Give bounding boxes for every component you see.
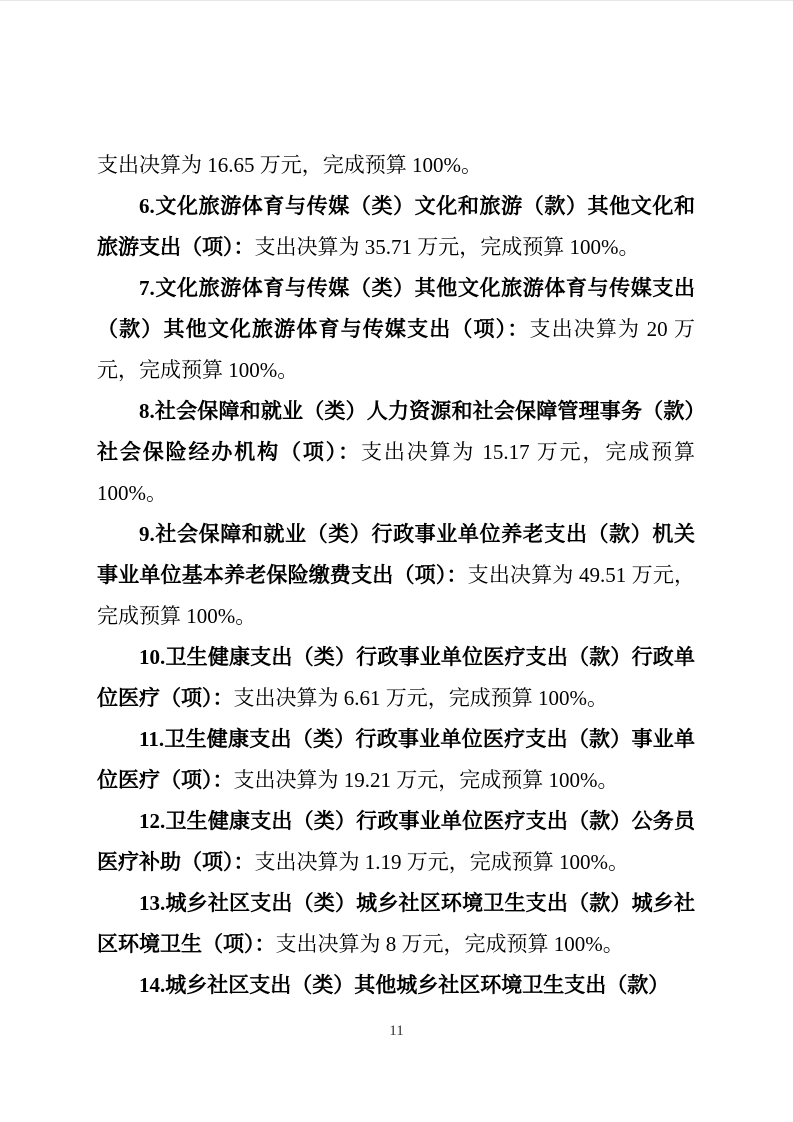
item-category-heading: 14.城乡社区支出（类）其他城乡社区环境卫生支出（款）	[139, 973, 669, 997]
expense-item-7: 7.文化旅游体育与传媒（类）其他文化旅游体育与传媒支出（款）其他文化旅游体育与传…	[97, 268, 695, 391]
item-amount-text: 支出决算为 6.61 万元，完成预算 100%。	[234, 686, 609, 710]
item-amount-text: 支出决算为 16.65 万元，完成预算 100%。	[97, 153, 482, 177]
item-amount-text: 支出决算为 19.21 万元，完成预算 100%。	[234, 768, 619, 792]
expense-item-8: 8.社会保障和就业（类）人力资源和社会保障管理事务（款）社会保险经办机构（项）：…	[97, 391, 695, 514]
expense-item-10: 10.卫生健康支出（类）行政事业单位医疗支出（款）行政单位医疗（项）：支出决算为…	[97, 637, 695, 719]
expense-item-13: 13.城乡社区支出（类）城乡社区环境卫生支出（款）城乡社区环境卫生（项）：支出决…	[97, 883, 695, 965]
expense-item-14: 14.城乡社区支出（类）其他城乡社区环境卫生支出（款）	[97, 965, 695, 1006]
expense-item-6: 6.文化旅游体育与传媒（类）文化和旅游（款）其他文化和旅游支出（项）：支出决算为…	[97, 186, 695, 268]
page-top-edge-line	[0, 0, 793, 1]
page-number: 11	[0, 1022, 793, 1040]
expense-item-12: 12.卫生健康支出（类）行政事业单位医疗支出（款）公务员医疗补助（项）：支出决算…	[97, 801, 695, 883]
document-page-body: 支出决算为 16.65 万元，完成预算 100%。 6.文化旅游体育与传媒（类）…	[97, 145, 695, 1006]
item-amount-text: 支出决算为 8 万元，完成预算 100%。	[276, 932, 624, 956]
paragraph-continuation: 支出决算为 16.65 万元，完成预算 100%。	[97, 145, 695, 186]
expense-item-9: 9.社会保障和就业（类）行政事业单位养老支出（款）机关事业单位基本养老保险缴费支…	[97, 514, 695, 637]
expense-item-11: 11.卫生健康支出（类）行政事业单位医疗支出（款）事业单位医疗（项）：支出决算为…	[97, 719, 695, 801]
item-amount-text: 支出决算为 35.71 万元，完成预算 100%。	[255, 235, 640, 259]
item-amount-text: 支出决算为 1.19 万元，完成预算 100%。	[255, 850, 630, 874]
